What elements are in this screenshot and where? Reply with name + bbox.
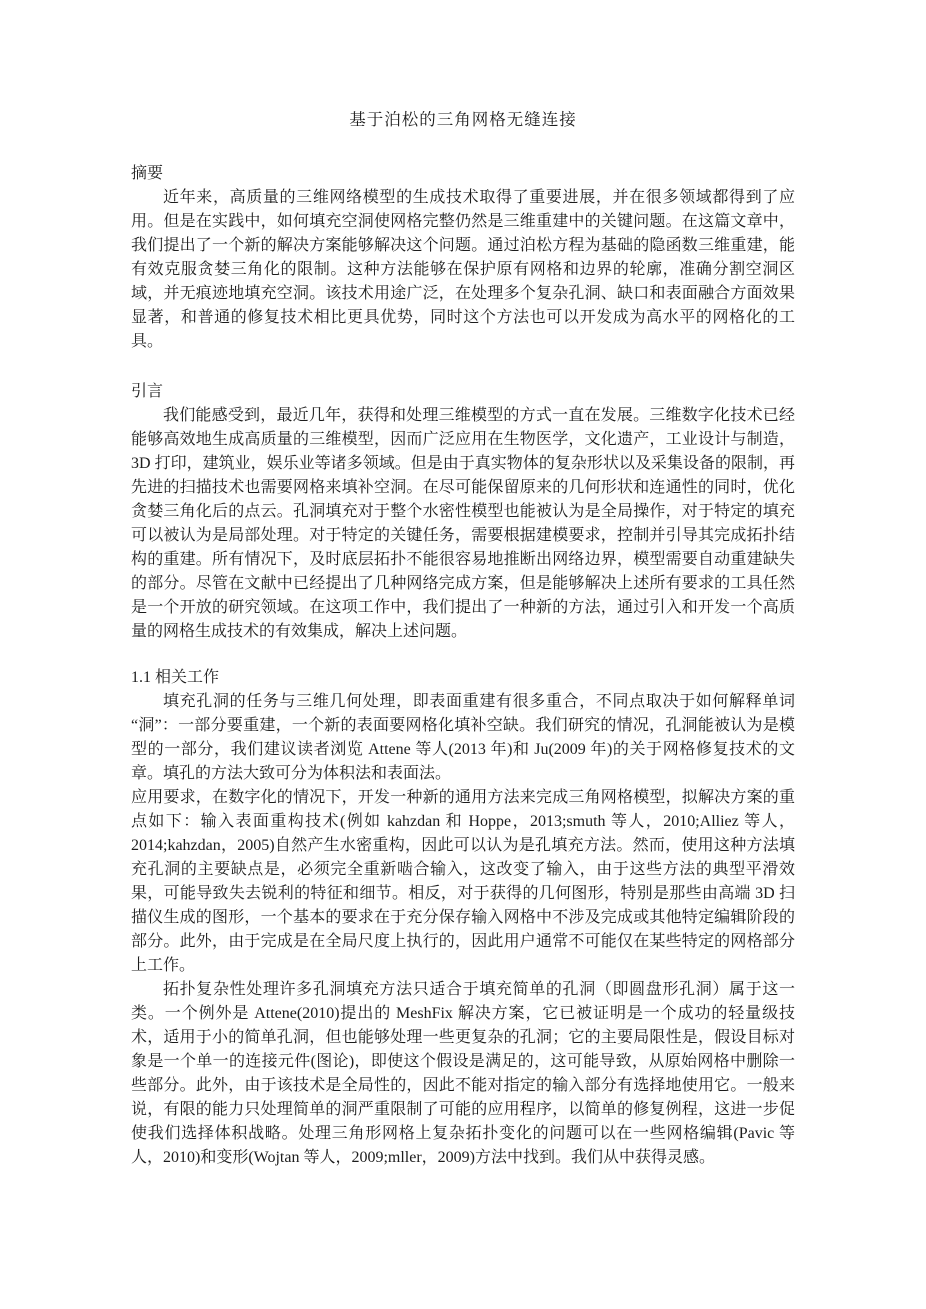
related-work-heading: 1.1 相关工作 [131, 666, 795, 690]
document-title: 基于泊松的三角网格无缝连接 [131, 108, 795, 132]
introduction-heading: 引言 [131, 380, 795, 404]
introduction-paragraph: 我们能感受到，最近几年，获得和处理三维模型的方式一直在发展。三维数字化技术已经能… [131, 404, 795, 644]
document-page: 基于泊松的三角网格无缝连接 摘要 近年来，高质量的三维网络模型的生成技术取得了重… [0, 0, 926, 1309]
abstract-heading: 摘要 [131, 162, 795, 186]
abstract-paragraph: 近年来，高质量的三维网络模型的生成技术取得了重要进展，并在很多领域都得到了应用。… [131, 186, 795, 354]
related-work-paragraph-2: 应用要求，在数字化的情况下，开发一种新的通用方法来完成三角网格模型，拟解决方案的… [131, 786, 795, 978]
related-work-paragraph-1: 填充孔洞的任务与三维几何处理，即表面重建有很多重合，不同点取决于如何解释单词“洞… [131, 690, 795, 786]
related-work-paragraph-3: 拓扑复杂性处理许多孔洞填充方法只适合于填充简单的孔洞（即圆盘形孔洞）属于这一类。… [131, 978, 795, 1170]
